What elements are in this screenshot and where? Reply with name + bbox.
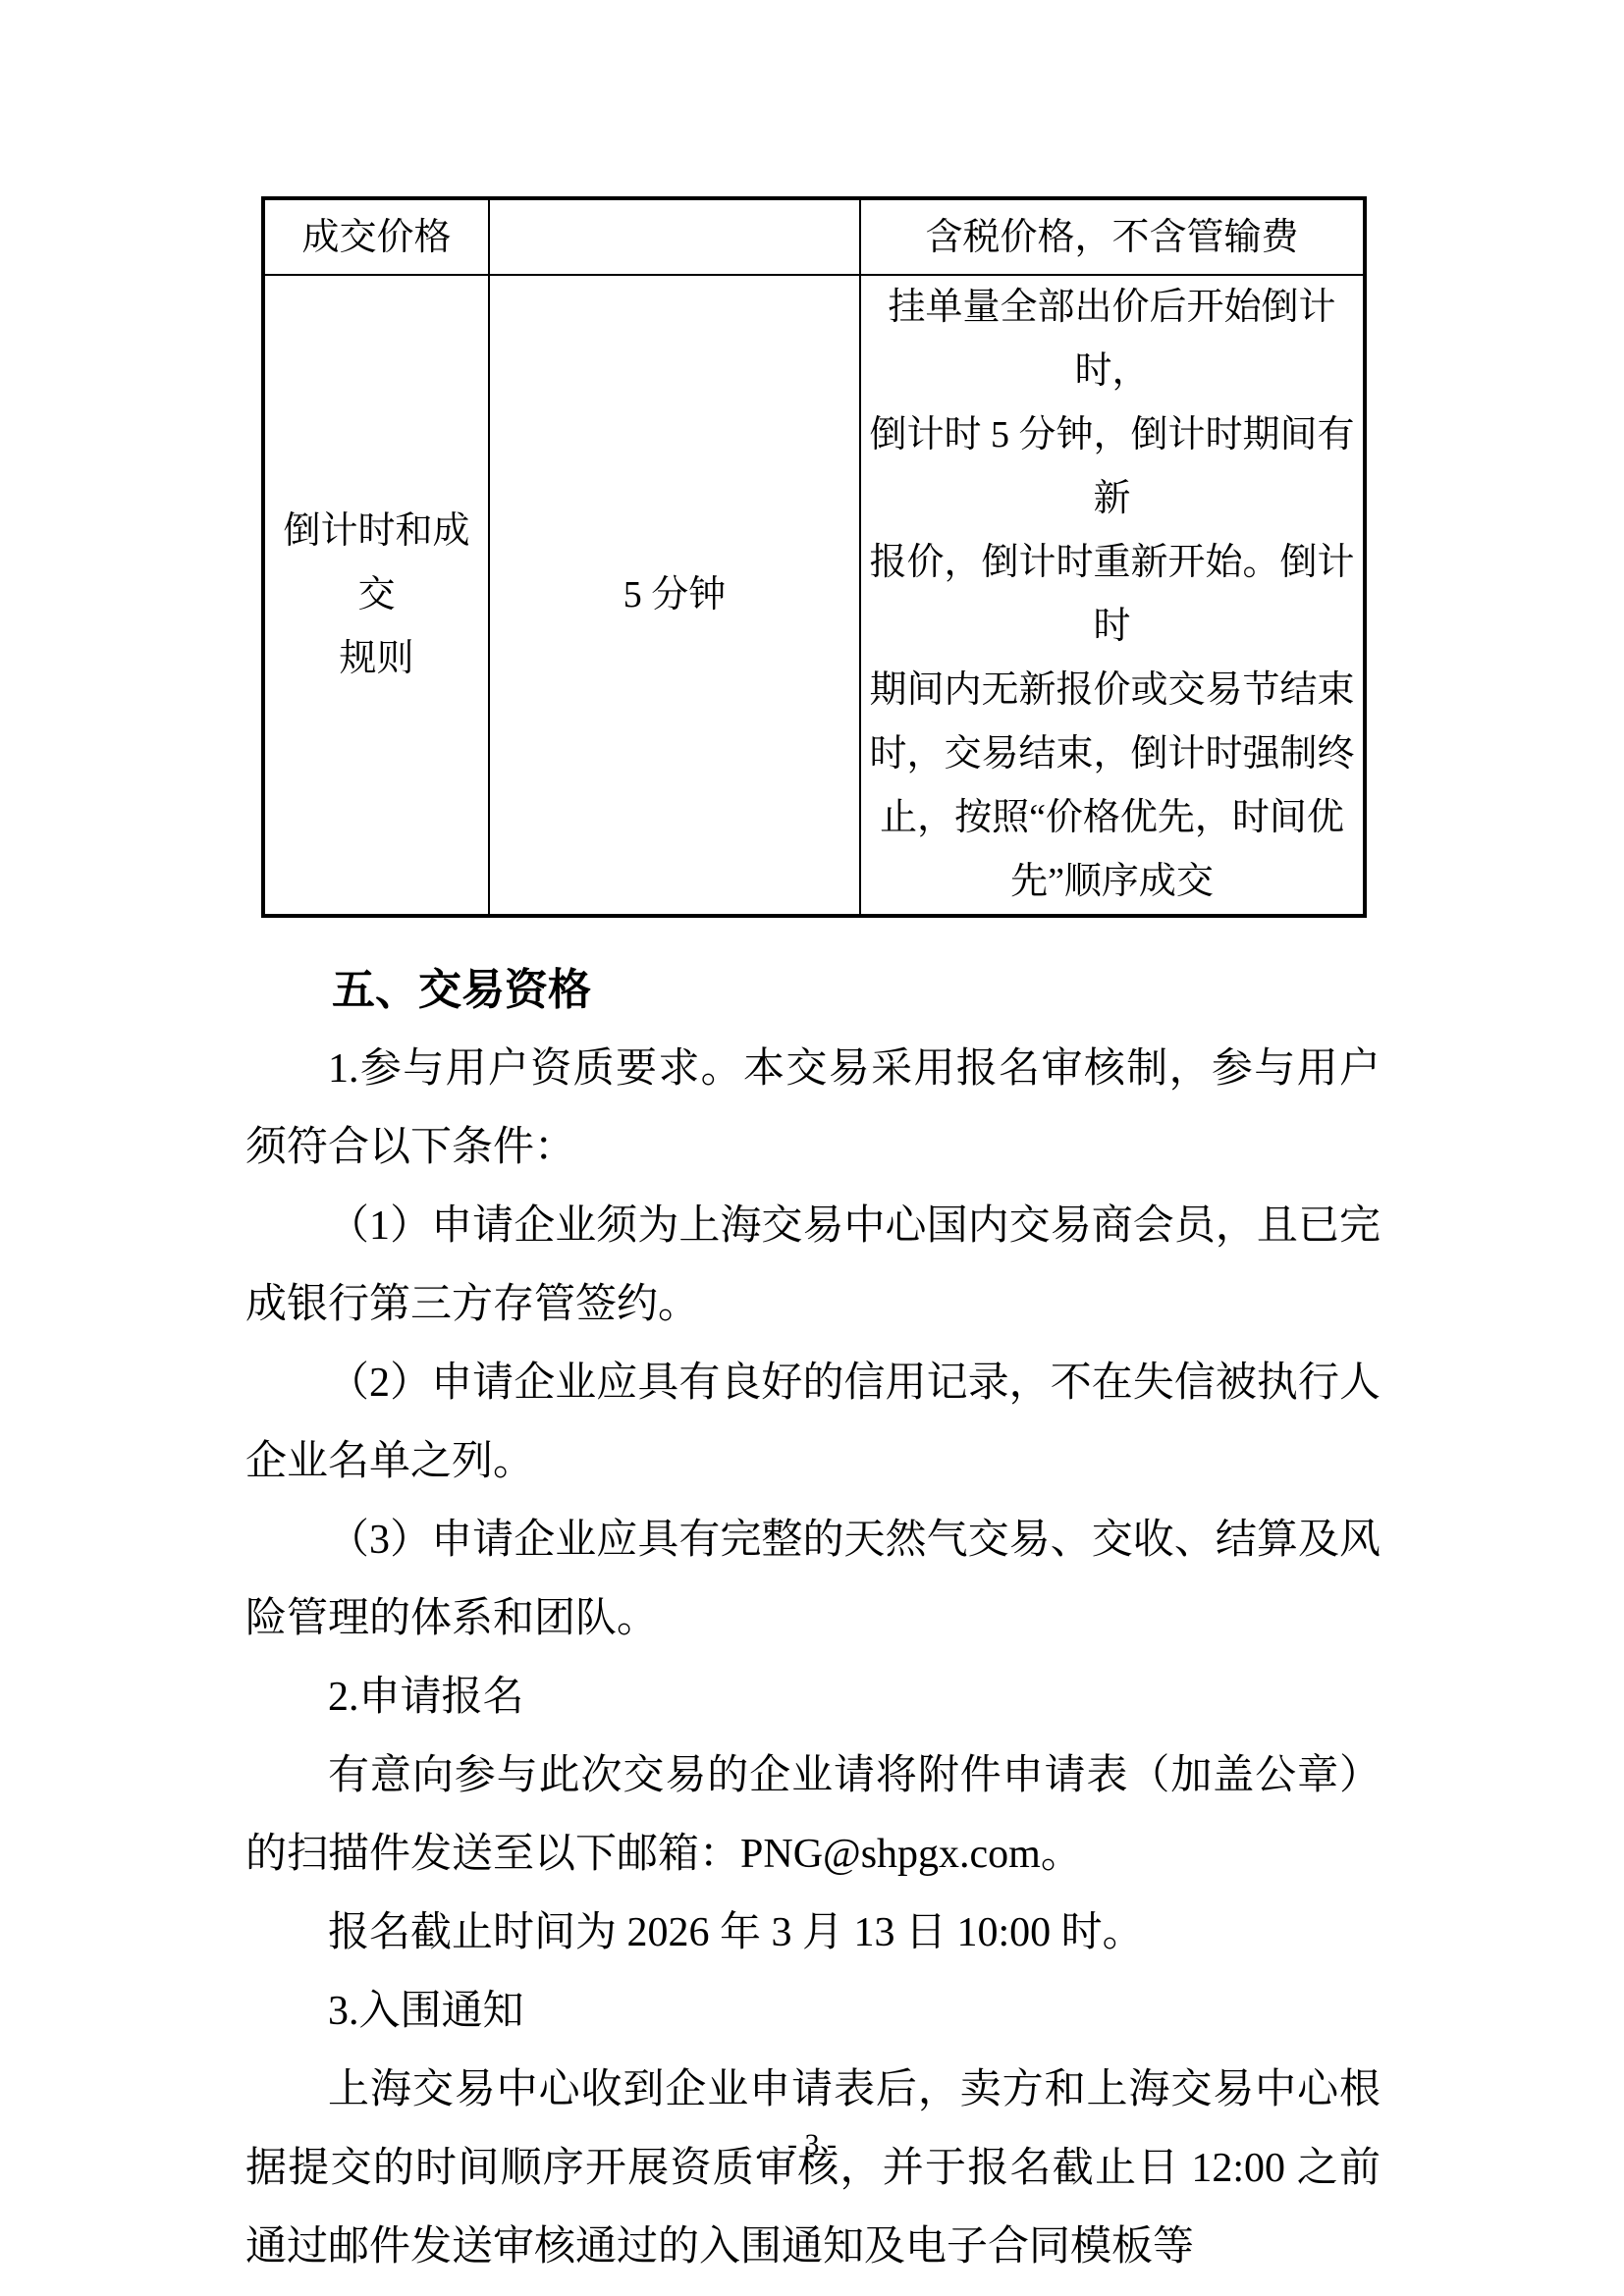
table-cell-countdown-term: 倒计时和成交 规则 xyxy=(263,275,489,916)
table-cell-deal-price-note: 含税价格，不含管输费 xyxy=(860,198,1365,275)
trading-rules-table: 成交价格 含税价格，不含管输费 倒计时和成交 规则 5 分钟 挂单量全部出价后开… xyxy=(261,196,1367,918)
page-number: - 3 - xyxy=(0,2125,1624,2164)
paragraph-condition-2: （2）申请企业应具有良好的信用记录，不在失信被执行人企业名单之列。 xyxy=(245,1344,1380,1501)
table-cell-deal-price-term: 成交价格 xyxy=(263,198,489,275)
table-row-countdown-rule: 倒计时和成交 规则 5 分钟 挂单量全部出价后开始倒计时， 倒计时 5 分钟，倒… xyxy=(263,275,1365,916)
paragraph-condition-1: （1）申请企业须为上海交易中心国内交易商会员，且已完成银行第三方存管签约。 xyxy=(245,1187,1380,1344)
paragraph-shortlist-heading: 3.入围通知 xyxy=(245,1972,1380,2051)
document-page: 成交价格 含税价格，不含管输费 倒计时和成交 规则 5 分钟 挂单量全部出价后开… xyxy=(0,0,1624,2296)
table-row-deal-price: 成交价格 含税价格，不含管输费 xyxy=(263,198,1365,275)
paragraph-shortlist-detail: 上海交易中心收到企业申请表后，卖方和上海交易中心根据提交的时间顺序开展资质审核，… xyxy=(245,2051,1380,2286)
document-content-area: 成交价格 含税价格，不含管输费 倒计时和成交 规则 5 分钟 挂单量全部出价后开… xyxy=(245,196,1380,2286)
paragraph-apply-heading: 2.申请报名 xyxy=(245,1658,1380,1736)
paragraph-apply-email: 有意向参与此次交易的企业请将附件申请表（加盖公章）的扫描件发送至以下邮箱：PNG… xyxy=(245,1736,1380,1894)
section-heading: 五、交易资格 xyxy=(245,951,1380,1030)
table-cell-countdown-note: 挂单量全部出价后开始倒计时， 倒计时 5 分钟，倒计时期间有新 报价，倒计时重新… xyxy=(860,275,1365,916)
table-cell-countdown-value: 5 分钟 xyxy=(489,275,860,916)
paragraph-deadline: 报名截止时间为 2026 年 3 月 13 日 10:00 时。 xyxy=(245,1894,1380,1972)
document-body: 五、交易资格 1.参与用户资质要求。本交易采用报名审核制，参与用户须符合以下条件… xyxy=(245,951,1380,2286)
table-cell-deal-price-value xyxy=(489,198,860,275)
paragraph-condition-3: （3）申请企业应具有完整的天然气交易、交收、结算及风险管理的体系和团队。 xyxy=(245,1501,1380,1658)
paragraph-qualification-intro: 1.参与用户资质要求。本交易采用报名审核制，参与用户须符合以下条件： xyxy=(245,1030,1380,1187)
